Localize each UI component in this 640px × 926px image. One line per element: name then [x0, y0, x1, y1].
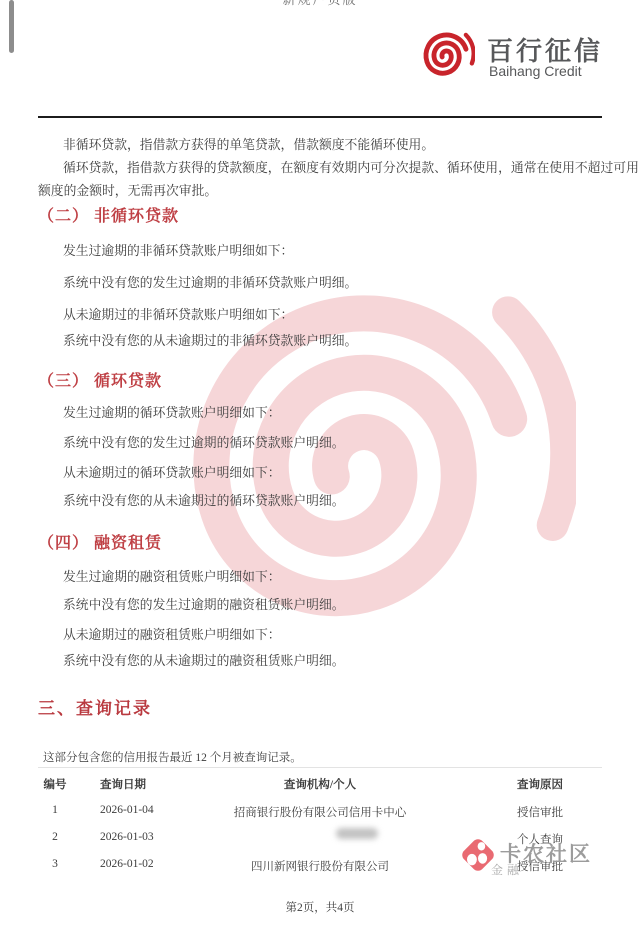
section-line: 系统中没有您的从未逾期过的非循环贷款账户明细。 — [63, 330, 357, 349]
section-line: 从未逾期过的融资租赁账户明细如下： — [63, 624, 281, 643]
col-header-date: 查询日期 — [100, 776, 146, 792]
top-clipped-text: 新规户页版 — [0, 0, 640, 8]
section-line: 系统中没有您的发生过逾期的非循环贷款账户明细。 — [63, 272, 357, 291]
section-line: 发生过逾期的融资租赁账户明细如下： — [63, 566, 281, 585]
baihang-logo-icon — [418, 27, 475, 84]
section-line: 系统中没有您的从未逾期过的循环贷款账户明细。 — [63, 490, 345, 509]
section-line: 系统中没有您的发生过逾期的融资租赁账户明细。 — [63, 594, 345, 613]
section-line: 发生过逾期的循环贷款账户明细如下： — [63, 402, 281, 421]
page-number-label: 第2页，共4页 — [0, 899, 640, 915]
table-row-no: 3 — [42, 858, 68, 870]
brand-name-en: Baihang Credit — [489, 63, 582, 79]
query-records-intro: 这部分包含您的信用报告最近 12 个月被查询记录。 — [43, 749, 302, 765]
col-header-no: 编号 — [42, 776, 68, 792]
table-row-org: 四川新网银行股份有限公司 — [170, 858, 470, 874]
query-records-title: 三、查询记录 — [38, 694, 152, 719]
table-row-date: 2026-01-04 — [100, 804, 154, 816]
intro-paragraph-1: 非循环贷款，指借款方获得的单笔贷款，借款额度不能循环使用。 — [63, 134, 434, 153]
table-row-no: 2 — [42, 831, 68, 843]
table-row-date: 2026-01-02 — [100, 858, 154, 870]
section-title-non-revolving: （二） 非循环贷款 — [38, 203, 179, 226]
table-top-border — [38, 767, 602, 768]
intro-paragraph-2-line1: 循环贷款，指借款方获得的贷款额度，在额度有效期内可分次提款、循环使用，通常在使用… — [63, 157, 639, 176]
section-line: 发生过逾期的非循环贷款账户明细如下： — [63, 240, 293, 259]
redacted-org-blur — [336, 828, 378, 839]
kanong-community-subtitle: 金融 — [491, 861, 523, 878]
section-title-revolving: （三） 循环贷款 — [38, 368, 162, 391]
intro-paragraph-2-line2: 额度的金额时，无需再次审批。 — [38, 180, 217, 199]
table-row-no: 1 — [42, 804, 68, 816]
section-line: 系统中没有您的发生过逾期的循环贷款账户明细。 — [63, 432, 345, 451]
section-line: 系统中没有您的从未逾期过的融资租赁账户明细。 — [63, 650, 345, 669]
section-title-leasing: （四） 融资租赁 — [38, 530, 162, 553]
table-row-org: 招商银行股份有限公司信用卡中心 — [170, 804, 470, 820]
credit-report-page: 新规户页版 百行征信 Baihang Credit 非循环贷款，指借款方获得的单… — [0, 0, 640, 926]
col-header-reason: 查询原因 — [430, 776, 563, 792]
header-divider — [38, 116, 602, 118]
col-header-org: 查询机构/个人 — [170, 776, 470, 792]
section-line: 从未逾期过的非循环贷款账户明细如下： — [63, 304, 293, 323]
table-row-reason: 授信审批 — [430, 804, 563, 820]
section-line: 从未逾期过的循环贷款账户明细如下： — [63, 462, 281, 481]
table-row-date: 2026-01-03 — [100, 831, 154, 843]
